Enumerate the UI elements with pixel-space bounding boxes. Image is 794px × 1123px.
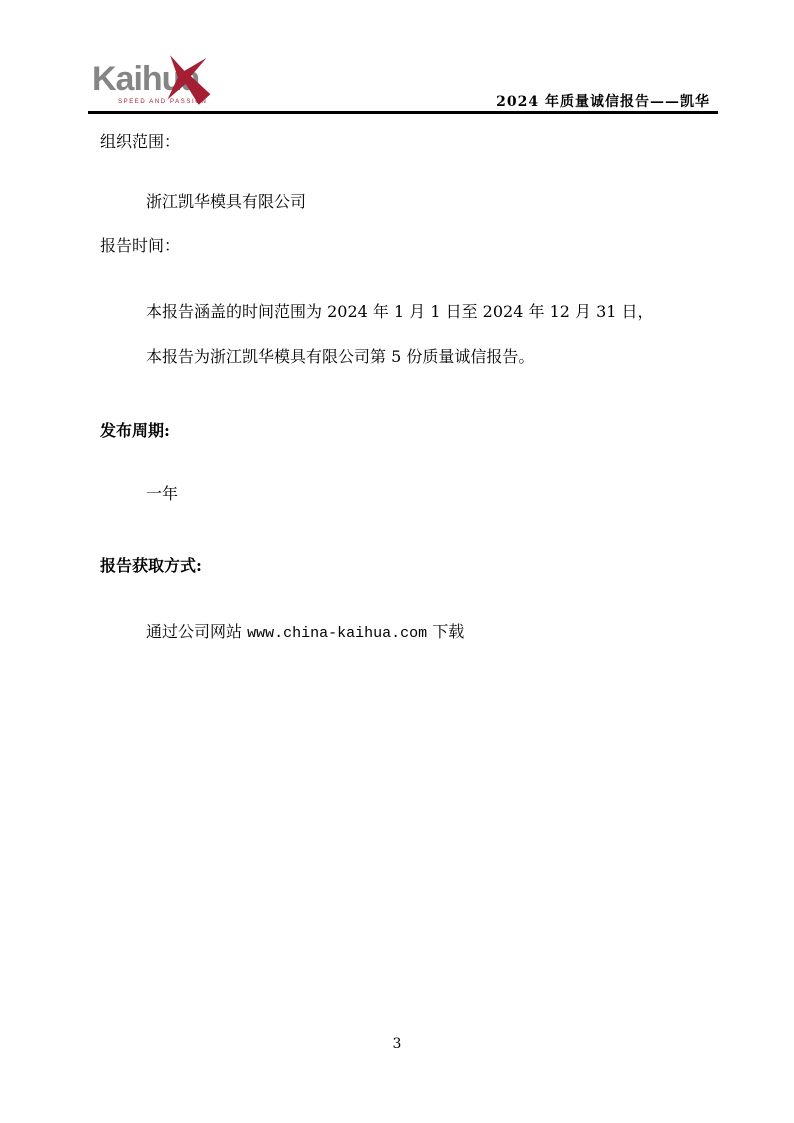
document-page: Kaihua SPEED AND PASSION 2024 年质量诚信报告——凯…: [0, 0, 794, 1123]
release-cycle-value: 一年: [0, 483, 794, 505]
access-method-line: 通过公司网站 www.china-kaihua.com 下载: [0, 621, 794, 645]
section-heading-access-method: 报告获取方式:: [0, 555, 794, 577]
logo-tagline: SPEED AND PASSION: [118, 99, 207, 105]
document-body: 组织范围： 浙江凯华模具有限公司 报告时间： 本报告涵盖的时间范围为 2024 …: [0, 113, 794, 645]
kaihua-logo: Kaihua SPEED AND PASSION: [90, 56, 220, 108]
company-website-url: www.china-kaihua.com: [247, 625, 427, 642]
section-heading-scope: 组织范围：: [0, 131, 794, 153]
access-method-suffix: 下载: [427, 622, 464, 641]
section-heading-report-time: 报告时间：: [0, 235, 794, 257]
report-time-line-2: 本报告为浙江凯华模具有限公司第 5 份质量诚信报告。: [0, 346, 794, 368]
scope-company-name: 浙江凯华模具有限公司: [0, 191, 794, 213]
page-number: 3: [0, 1036, 794, 1052]
header-report-title: 2024 年质量诚信报告——凯华: [496, 91, 710, 111]
report-time-line-1: 本报告涵盖的时间范围为 2024 年 1 月 1 日至 2024 年 12 月 …: [0, 301, 794, 323]
access-method-prefix: 通过公司网站: [146, 622, 247, 641]
section-heading-release-cycle: 发布周期:: [0, 420, 794, 442]
